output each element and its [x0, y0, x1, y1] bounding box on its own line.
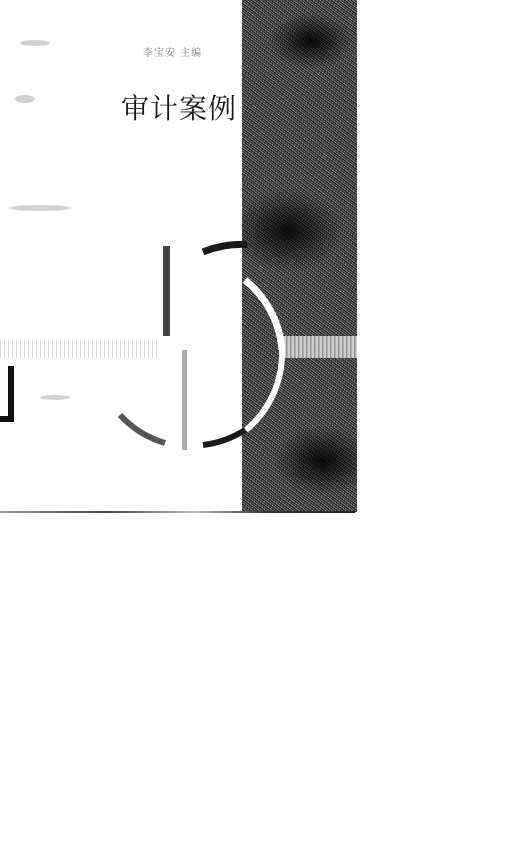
scan-speck — [20, 40, 50, 46]
crosshair-circle-graphic — [110, 240, 290, 460]
book-cover: 李宝安 主编 审计案例 — [0, 0, 360, 516]
author-line: 李宝安 主编 — [143, 44, 202, 59]
bottom-rule — [0, 511, 355, 513]
book-title: 审计案例 — [121, 87, 237, 127]
scan-speck — [40, 395, 70, 400]
scan-speck — [10, 205, 70, 211]
crosshair-icon — [110, 240, 290, 460]
scan-speck — [15, 95, 35, 103]
texture-band-right — [283, 336, 357, 358]
bracket-mark — [0, 366, 14, 422]
